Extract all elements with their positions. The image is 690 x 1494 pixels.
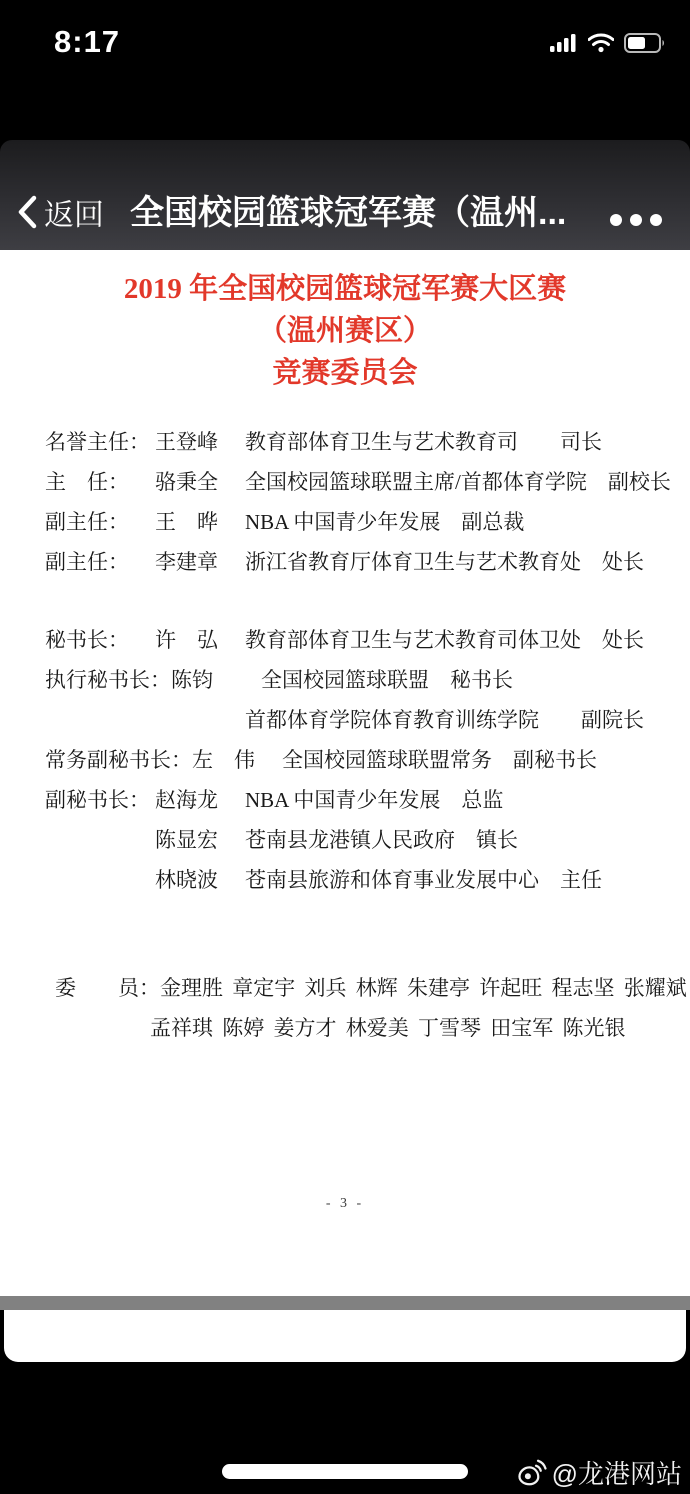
row-label: 副秘书长： — [45, 780, 155, 820]
row-label: 主 任： — [45, 462, 155, 502]
members-line1: 委 员： 金理胜 章定宇 刘兵 林辉 朱建亭 许起旺 程志坚 张耀斌 — [0, 968, 690, 1008]
row-name: 左 伟 — [192, 740, 282, 780]
members-label: 委 员： — [55, 968, 160, 1008]
members-line2: 孟祥琪 陈婷 姜方才 林爱美 丁雪琴 田宝军 陈光银 — [0, 1008, 690, 1048]
row-name: 陈显宏 — [155, 820, 245, 860]
row-label — [45, 820, 155, 860]
committee-roster: 名誉主任： 王登峰 教育部体育卫生与艺术教育司 司长 主 任： 骆秉全 全国校园… — [0, 422, 690, 900]
back-chevron-icon — [16, 194, 38, 230]
bottom-bar: @龙港网站 — [0, 1362, 690, 1494]
document-title-line3: 竞赛委员会 — [0, 352, 690, 394]
row-org: 浙江省教育厅体育卫生与艺术教育处 处长 — [245, 542, 644, 582]
status-bar: 8:17 — [0, 0, 690, 140]
roster-row: 副主任： 王 晔 NBA 中国青少年发展 副总裁 — [45, 502, 690, 542]
row-label: 执行秘书长： — [45, 660, 171, 700]
status-icons — [550, 33, 666, 53]
next-page-edge — [4, 1310, 686, 1362]
watermark: @龙港网站 — [516, 1454, 682, 1491]
back-button[interactable]: 返回 — [16, 190, 104, 234]
row-org: 苍南县旅游和体育事业发展中心 主任 — [245, 860, 602, 900]
committee-members: 委 员： 金理胜 章定宇 刘兵 林辉 朱建亭 许起旺 程志坚 张耀斌 孟祥琪 陈… — [0, 968, 690, 1048]
page-separator — [0, 1296, 690, 1310]
row-label: 名誉主任： — [45, 422, 155, 462]
row-label: 副主任： — [45, 502, 155, 542]
row-name: 骆秉全 — [155, 462, 245, 502]
watermark-text: @龙港网站 — [552, 1454, 682, 1491]
roster-row: 林晓波 苍南县旅游和体育事业发展中心 主任 — [45, 860, 690, 900]
members-names: 金理胜 章定宇 刘兵 林辉 朱建亭 许起旺 程志坚 张耀斌 — [160, 968, 687, 1008]
home-indicator[interactable] — [222, 1464, 468, 1479]
row-org: NBA 中国青少年发展 副总裁 — [245, 502, 524, 542]
roster-row: 秘书长： 许 弘 教育部体育卫生与艺术教育司体卫处 处长 — [45, 620, 690, 660]
row-org: 首都体育学院体育教育训练学院 副院长 — [245, 700, 644, 740]
more-dots-icon[interactable] — [610, 214, 662, 226]
row-label: 常务副秘书长： — [45, 740, 192, 780]
row-org: 全国校园篮球联盟常务 副秘书长 — [282, 740, 597, 780]
row-label — [45, 860, 155, 900]
roster-row: 陈显宏 苍南县龙港镇人民政府 镇长 — [45, 820, 690, 860]
document-title-line1: 2019 年全国校园篮球冠军赛大区赛 — [0, 268, 690, 310]
row-name — [155, 700, 245, 740]
roster-row: 首都体育学院体育教育训练学院 副院长 — [45, 700, 690, 740]
row-name: 李建章 — [155, 542, 245, 582]
page-title: 全国校园篮球冠军赛（温州... — [130, 185, 610, 234]
roster-row: 常务副秘书长： 左 伟 全国校园篮球联盟常务 副秘书长 — [45, 740, 690, 780]
nav-bar: 返回 全国校园篮球冠军赛（温州... — [0, 140, 690, 250]
row-label: 副主任： — [45, 542, 155, 582]
row-name: 王 晔 — [155, 502, 245, 542]
phone-screen: 8:17 返回 — [0, 0, 690, 1494]
roster-row: 名誉主任： 王登峰 教育部体育卫生与艺术教育司 司长 — [45, 422, 690, 462]
document-title-line2: （温州赛区） — [0, 310, 690, 352]
row-org: 全国校园篮球联盟 秘书长 — [261, 660, 513, 700]
roster-row: 主 任： 骆秉全 全国校园篮球联盟主席/首都体育学院 副校长 — [45, 462, 690, 502]
row-org: 教育部体育卫生与艺术教育司 司长 — [245, 422, 602, 462]
row-name: 王登峰 — [155, 422, 245, 462]
back-label: 返回 — [44, 190, 104, 234]
wifi-icon — [588, 33, 614, 53]
battery-icon — [624, 33, 666, 53]
document-page[interactable]: 2019 年全国校园篮球冠军赛大区赛 （温州赛区） 竞赛委员会 名誉主任： 王登… — [0, 250, 690, 1296]
row-label — [45, 700, 155, 740]
row-name: 赵海龙 — [155, 780, 245, 820]
roster-row: 副秘书长： 赵海龙 NBA 中国青少年发展 总监 — [45, 780, 690, 820]
row-org: NBA 中国青少年发展 总监 — [245, 780, 503, 820]
row-name: 林晓波 — [155, 860, 245, 900]
row-name: 陈钧 — [171, 660, 261, 700]
row-org: 教育部体育卫生与艺术教育司体卫处 处长 — [245, 620, 644, 660]
row-label: 秘书长： — [45, 620, 155, 660]
cellular-signal-icon — [550, 33, 578, 53]
row-name: 许 弘 — [155, 620, 245, 660]
row-org: 苍南县龙港镇人民政府 镇长 — [245, 820, 518, 860]
clock: 8:17 — [54, 24, 120, 60]
roster-row: 副主任： 李建章 浙江省教育厅体育卫生与艺术教育处 处长 — [45, 542, 690, 582]
page-number: - 3 - — [0, 1196, 690, 1212]
weibo-logo-icon — [516, 1458, 548, 1488]
roster-row: 执行秘书长： 陈钧 全国校园篮球联盟 秘书长 — [45, 660, 690, 700]
row-org: 全国校园篮球联盟主席/首都体育学院 副校长 — [245, 462, 671, 502]
document-title: 2019 年全国校园篮球冠军赛大区赛 （温州赛区） 竞赛委员会 — [0, 250, 690, 394]
